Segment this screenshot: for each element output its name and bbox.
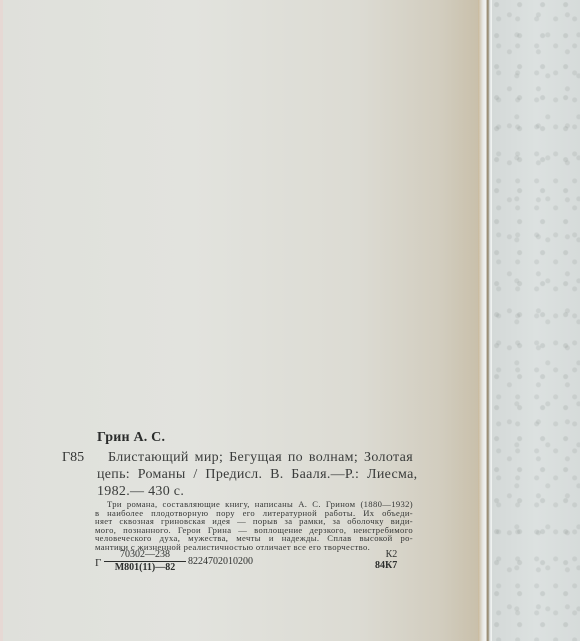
bbk-bottom: 84К7 <box>375 560 397 571</box>
bbk-top: К2 <box>375 549 397 560</box>
catalog-letter: Г <box>95 557 101 569</box>
bbk-index: К2 84К7 <box>375 549 397 571</box>
bibliographic-line-2: цепь: Романы / Предисл. В. Бааля.—Р.: Ли… <box>97 467 417 483</box>
book-page: Грин А. С. Г85 Блистающий мир; Бегущая п… <box>0 0 478 641</box>
annotation-paragraph: Три романа, составляющие книгу, написаны… <box>95 500 413 552</box>
bibliographic-line-3: 1982.— 430 с. <box>97 484 184 500</box>
author-name: Грин А. С. <box>97 430 165 446</box>
catalog-numerator: 70302—238 <box>104 549 186 561</box>
catalog-fraction: 70302—238 М801(11)—82 <box>104 549 186 574</box>
catalog-number: 8224702010200 <box>188 556 253 567</box>
book-cover <box>492 0 580 641</box>
classification-code: Г85 <box>62 450 84 466</box>
page-edges <box>478 0 492 641</box>
bibliographic-line-1: Блистающий мир; Бегущая по волнам; Золот… <box>108 450 413 466</box>
catalog-denominator: М801(11)—82 <box>104 562 186 574</box>
